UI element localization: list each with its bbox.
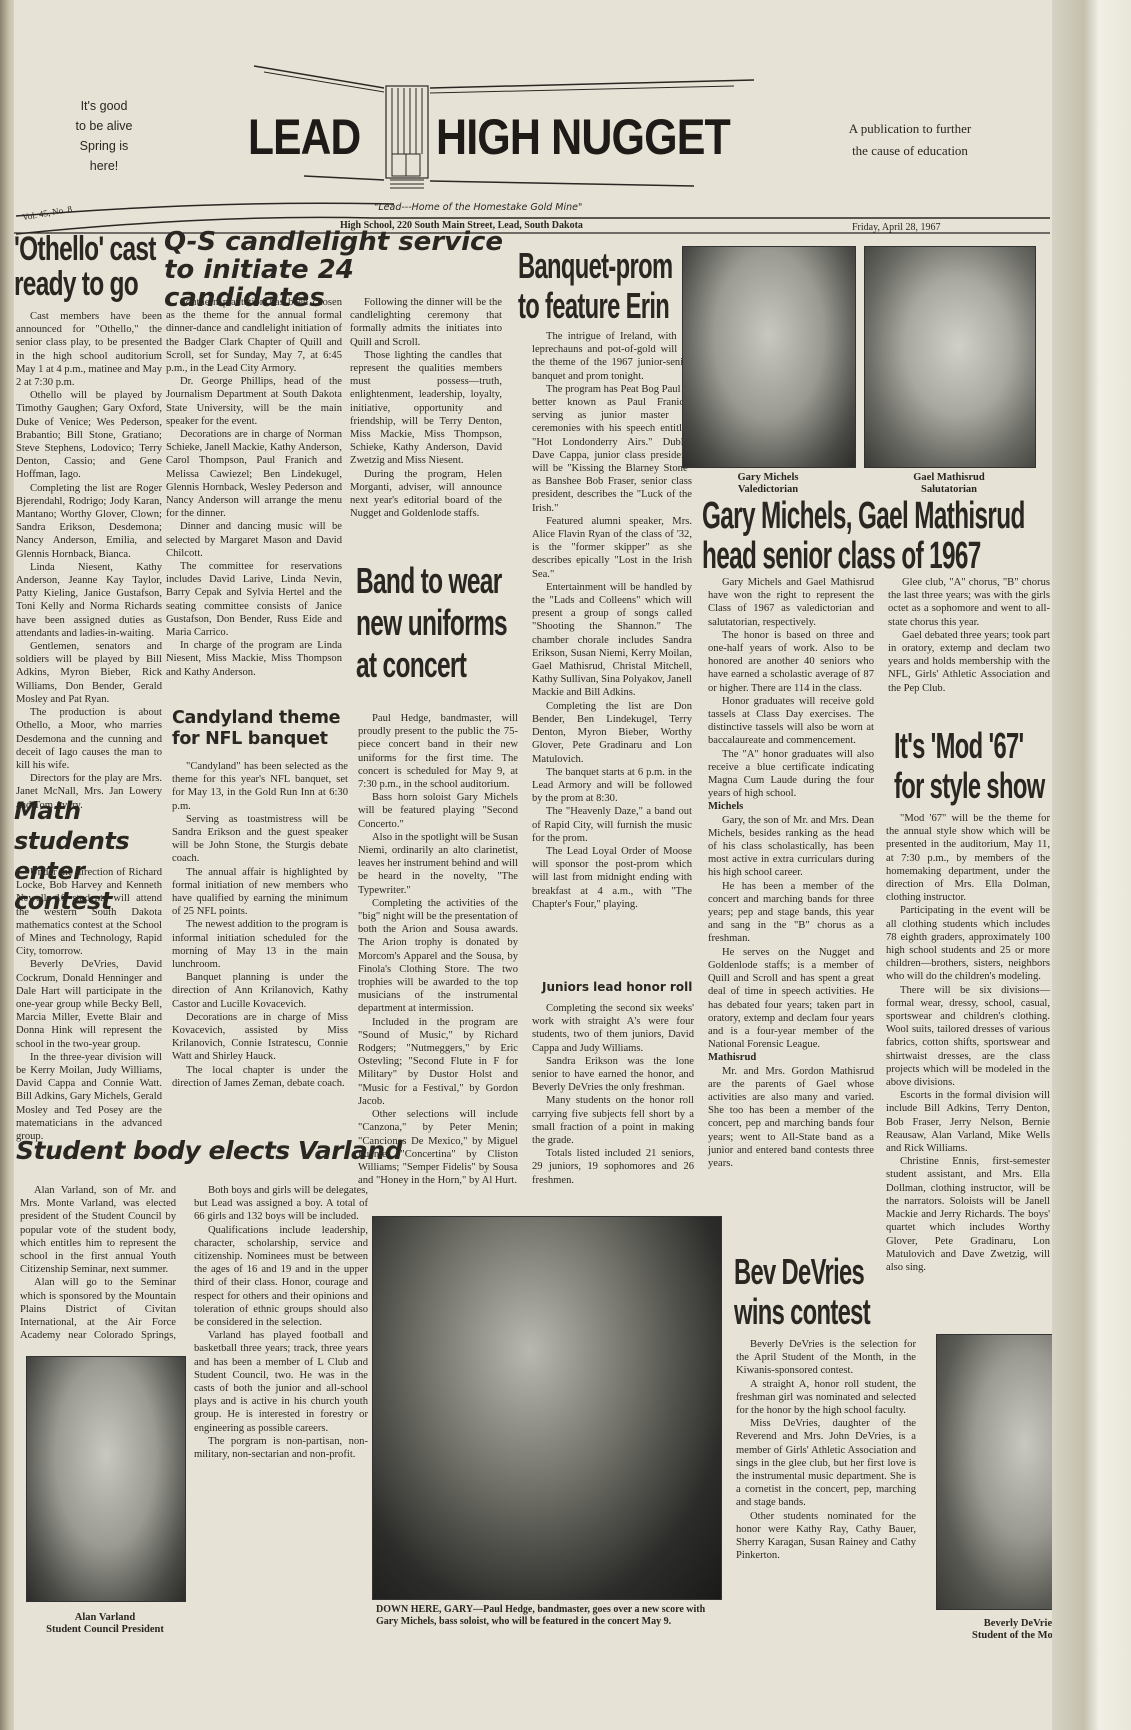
paragraph: The newest addition to the program is in… — [172, 918, 348, 971]
paragraph: The "Heavenly Daze," a band out of Rapid… — [532, 805, 692, 845]
headline-line: Band to wear — [356, 560, 502, 602]
slogan-left: It's good to be alive Spring is here! — [64, 96, 144, 176]
paragraph: Escorts in the formal division will incl… — [886, 1089, 1050, 1155]
paragraph: The committee for reservations includes … — [166, 560, 342, 639]
math-article-body: Under the direction of Richard Locke, Bo… — [16, 866, 162, 1143]
paragraph: Varland has played football and basketba… — [194, 1329, 368, 1435]
paragraph: The porgram is non-partisan, non-militar… — [194, 1435, 368, 1461]
paragraph: Cast members have been announced for "Ot… — [16, 310, 162, 389]
paragraph: Completing the list are Roger Bjerendahl… — [16, 482, 162, 561]
caption-name: Gary Michels — [682, 472, 854, 484]
paragraph: Beverly DeVries is the selection for the… — [736, 1338, 916, 1378]
paragraph: Those lighting the candles that represen… — [350, 349, 502, 468]
paragraph: The banquet starts at 6 p.m. in the Lead… — [532, 766, 692, 806]
paragraph: Featured alumni speaker, Mrs. Alice Flav… — [532, 515, 692, 581]
headline-line: at concert — [356, 644, 466, 686]
qs-article-col2: Following the dinner will be the candlel… — [350, 296, 502, 520]
style-show-article-body: "Mod '67" will be the theme for the annu… — [886, 812, 1050, 1274]
paragraph: Honor graduates will receive gold tassel… — [708, 695, 874, 748]
paragraph: In the three-year division will be Kerry… — [16, 1051, 162, 1143]
senior-class-col2: Glee club, "A" chorus, "B" chorus the la… — [888, 576, 1050, 695]
varland-col1: Alan Varland, son of Mr. and Mrs. Monte … — [20, 1184, 176, 1342]
newspaper-page: It's good to be alive Spring is here! LE… — [14, 0, 1052, 1730]
paragraph: Also in the spotlight will be Susan Niem… — [358, 831, 518, 897]
headline-line: Math students — [14, 796, 164, 856]
paragraph: He has been a member of the concert and … — [708, 880, 874, 946]
devries-article-body: Beverly DeVries is the selection for the… — [736, 1338, 916, 1562]
headline-line: Candyland theme — [172, 708, 352, 729]
paragraph: Many students on the honor roll carrying… — [532, 1094, 694, 1147]
paragraph: Paul Hedge, bandmaster, will proudly pre… — [358, 712, 518, 791]
alan-varland-caption: Alan Varland Student Council President — [26, 1612, 184, 1636]
paragraph: "Mod '67" will be the theme for the annu… — [886, 812, 1050, 904]
headline-line: Bev DeVries — [734, 1252, 864, 1292]
headline-line: Q-S candlelight service — [164, 228, 504, 256]
masthead-title-high-nugget: HIGH NUGGET — [436, 108, 730, 166]
subheading: Mathisrud — [708, 1051, 874, 1064]
adjacent-page-edge — [1052, 0, 1131, 1730]
paragraph: The production is about Othello, a Moor,… — [16, 706, 162, 772]
paragraph: Dinner and dancing music will be selecte… — [166, 520, 342, 560]
senior-class-headline: Gary Michels, Gael Mathisrud head senior… — [702, 496, 1052, 576]
paragraph: Included in the program are "Sound of Mu… — [358, 1016, 518, 1108]
paragraph: Totals listed included 21 seniors, 29 ju… — [532, 1147, 694, 1187]
caption-name: Gael Mathisrud — [864, 472, 1034, 484]
paragraph: Entertainment will be handled by the "La… — [532, 581, 692, 700]
paragraph: He serves on the Nugget and Goldenlode s… — [708, 946, 874, 1052]
gary-michels-photo — [682, 246, 856, 468]
paragraph: Decorations are in charge of Norman Schi… — [166, 428, 342, 520]
paragraph: Mr. and Mrs. Gordon Mathisrud are the pa… — [708, 1065, 874, 1171]
paragraph: Decorations are in charge of Miss Kovace… — [172, 1011, 348, 1064]
varland-col2: Both boys and girls will be delegates, b… — [194, 1184, 368, 1461]
caption-name: Alan Varland — [26, 1612, 184, 1624]
tagline-right: A publication to further the cause of ed… — [810, 118, 1010, 162]
paragraph: There will be six divisions—formal wear,… — [886, 984, 1050, 1090]
paragraph: Alan Varland, son of Mr. and Mrs. Monte … — [20, 1184, 176, 1276]
paragraph: Qualifications include leadership, chara… — [194, 1224, 368, 1330]
paragraph: Under the direction of Richard Locke, Bo… — [16, 866, 162, 958]
paragraph: In charge of the program are Linda Niese… — [166, 639, 342, 679]
headline-line: Gary Michels, Gael Mathisrud — [702, 496, 1025, 536]
paragraph: Alan will go to the Seminar which is spo… — [20, 1276, 176, 1342]
paragraph: Serving as toastmistress will be Sandra … — [172, 813, 348, 866]
senior-class-col1: Gary Michels and Gael Mathisrud have won… — [708, 576, 874, 1170]
othello-article-body: Cast members have been announced for "Ot… — [16, 310, 162, 812]
paragraph: Glee club, "A" chorus, "B" chorus the la… — [888, 576, 1050, 629]
slogan-line: Spring is here! — [64, 136, 144, 176]
paragraph: The Lead Loyal Order of Moose will spons… — [532, 845, 692, 911]
honor-roll-article-body: Completing the second six weeks' work wi… — [532, 1002, 694, 1187]
paragraph: Completing the activities of the "big" n… — [358, 897, 518, 1016]
style-show-headline: It's 'Mod '67' for style show — [894, 726, 1054, 806]
paragraph: Sandra Erikson was the lone senior to ha… — [532, 1055, 694, 1095]
paragraph: The honor is based on three and one-half… — [708, 629, 874, 695]
alan-varland-photo — [26, 1356, 186, 1602]
paragraph: A straight A, honor roll student, the fr… — [736, 1378, 916, 1418]
paragraph: Othello will be played by Timothy Gaughe… — [16, 389, 162, 481]
paragraph: Gentlemen, senators and soldiers will be… — [16, 640, 162, 706]
paragraph: The intrigue of Ireland, with its leprec… — [532, 330, 692, 383]
paragraph: The local chapter is under the direction… — [172, 1064, 348, 1090]
issue-date: Friday, April 28, 1967 — [852, 222, 941, 233]
band-article-body: Paul Hedge, bandmaster, will proudly pre… — [358, 712, 518, 1187]
paragraph: Beverly DeVries, David Cockrum, Donald H… — [16, 958, 162, 1050]
tagline-line: A publication to further — [810, 118, 1010, 140]
banquet-prom-article-body: The intrigue of Ireland, with its leprec… — [532, 330, 692, 911]
paragraph: The "A" honor graduates will also receiv… — [708, 748, 874, 801]
subheading: Michels — [708, 800, 874, 813]
headline-line: It's 'Mod '67' — [894, 726, 1024, 766]
headline-line: new uniforms — [356, 602, 507, 644]
banquet-prom-headline: Banquet-prom to feature Erin — [518, 246, 698, 326]
headline-line: ready to go — [14, 265, 138, 304]
paragraph: Gael debated three years; took part in o… — [888, 629, 1050, 695]
paragraph: Dr. George Phillips, head of the Journal… — [166, 375, 342, 428]
paragraph: Linda Niesent, Kathy Anderson, Jeanne Ka… — [16, 561, 162, 640]
paragraph: Miss DeVries, daughter of the Reverend a… — [736, 1417, 916, 1509]
masthead-title-lead: LEAD — [248, 108, 360, 166]
paragraph: Participating in the event will be all c… — [886, 904, 1050, 983]
paragraph: During the program, Helen Morganti, advi… — [350, 468, 502, 521]
honor-roll-headline: Juniors lead honor roll — [542, 980, 692, 994]
paragraph: The annual affair is highlighted by form… — [172, 866, 348, 919]
gary-michels-caption: Gary Michels Valedictorian — [682, 472, 854, 496]
paragraph: "Candyland" has been selected as the the… — [172, 760, 348, 813]
slogan-line: to be alive — [64, 116, 144, 136]
caption-title: Student Council President — [26, 1624, 184, 1636]
paragraph: Other students nominated for the honor w… — [736, 1510, 916, 1563]
qs-article-col1: Southern plantation has been chosen as t… — [166, 296, 342, 679]
paragraph: Completing the second six weeks' work wi… — [532, 1002, 694, 1055]
band-director-photo — [372, 1216, 722, 1600]
paragraph: Completing the list are Don Bender, Ben … — [532, 700, 692, 766]
paragraph: Both boys and girls will be delegates, b… — [194, 1184, 368, 1224]
headline-line: for style show — [894, 766, 1045, 806]
headline-line: 'Othello' cast — [14, 230, 156, 269]
othello-headline: 'Othello' cast ready to go — [14, 230, 164, 304]
band-headline: Band to wear new uniforms at concert — [356, 560, 516, 686]
headline-line: wins contest — [734, 1292, 870, 1332]
band-photo-caption: DOWN HERE, GARY—Paul Hedge, bandmaster, … — [376, 1604, 716, 1628]
devries-headline: Bev DeVries wins contest — [734, 1252, 914, 1332]
tagline-line: the cause of education — [810, 140, 1010, 162]
headline-line: to feature Erin — [518, 286, 669, 326]
paragraph: Southern plantation has been chosen as t… — [166, 296, 342, 375]
slogan-line: It's good — [64, 96, 144, 116]
paragraph: Gary Michels and Gael Mathisrud have won… — [708, 576, 874, 629]
gael-mathisrud-caption: Gael Mathisrud Salutatorian — [864, 472, 1034, 496]
headline-line: for NFL banquet — [172, 729, 352, 750]
candyland-headline: Candyland theme for NFL banquet — [172, 708, 352, 750]
paragraph: Banquet planning is under the direction … — [172, 971, 348, 1011]
paragraph: Bass horn soloist Gary Michels will be f… — [358, 791, 518, 831]
gael-mathisrud-photo — [864, 246, 1036, 468]
varland-headline: Student body elects Varland — [16, 1136, 402, 1165]
paragraph: Following the dinner will be the candlel… — [350, 296, 502, 349]
paragraph: Gary, the son of Mr. and Mrs. Dean Miche… — [708, 814, 874, 880]
candyland-article-body: "Candyland" has been selected as the the… — [172, 760, 348, 1090]
paragraph: The program has Peat Bog Paul or better … — [532, 383, 692, 515]
headline-line: Banquet-prom — [518, 246, 672, 286]
headline-line: head senior class of 1967 — [702, 536, 981, 576]
